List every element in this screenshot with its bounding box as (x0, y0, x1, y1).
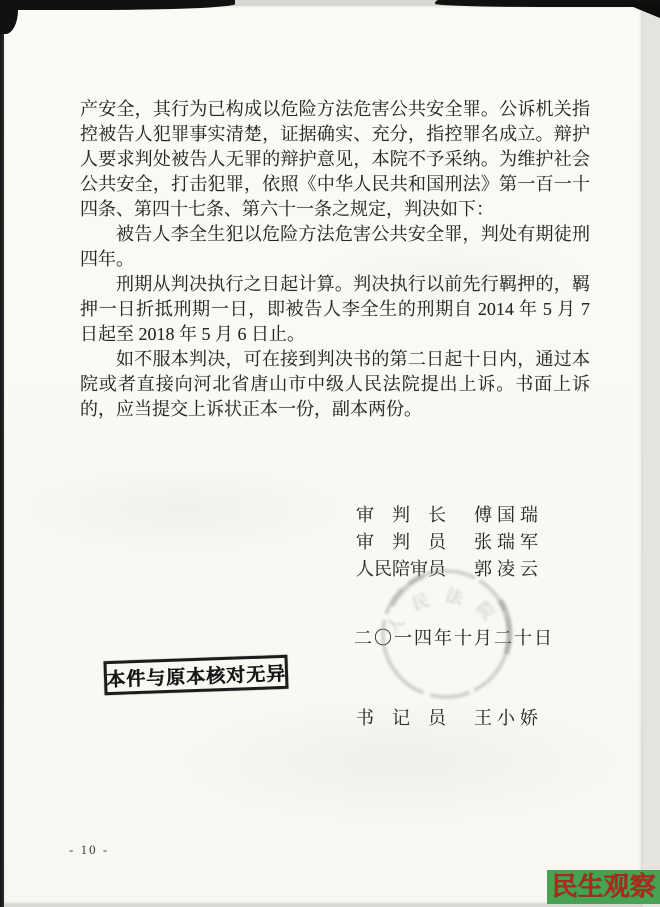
signature-name: 郭凌云 (474, 556, 543, 583)
clerk-role: 书 记 员 (356, 704, 449, 730)
signature-row-presiding-judge: 审 判 长傅国瑞 (356, 502, 543, 529)
watermark-text: 民生观察 (551, 874, 655, 900)
verification-stamp: 本件与原本核对无异 (103, 655, 288, 695)
signature-role: 审 判 长 (356, 502, 449, 529)
signature-name: 张瑞军 (474, 529, 543, 556)
signature-role: 人民陪审员 (356, 556, 449, 583)
paper-sheet: 产安全，其行为已构成以危险方法危害公共安全罪。公诉机关指控被告人犯罪事实清楚，证… (4, 6, 643, 904)
clerk-name: 王小娇 (474, 704, 543, 730)
judgment-date: 二〇一四年十月二十日 (354, 624, 554, 650)
scan-corner-top-right (626, 4, 660, 18)
clerk-signature-row: 书 记 员王小娇 (356, 704, 543, 730)
paragraph-appeal-rights: 如不服本判决，可在接到判决书的第二日起十日内，通过本院或者直接向河北省唐山市中级… (80, 347, 590, 422)
minsheng-guancha-watermark: 民生观察 (547, 870, 660, 904)
signature-row-peoples-assessor: 人民陪审员郭凌云 (356, 556, 543, 583)
paragraph-sentence-term: 刑期从判决执行之日起计算。判决执行以前先行羁押的，羁押一日折抵刑期一日，即被告人… (80, 272, 590, 347)
signature-name: 傅国瑞 (474, 502, 543, 529)
paragraph-continued: 产安全，其行为已构成以危险方法危害公共安全罪。公诉机关指控被告人犯罪事实清楚，证… (80, 97, 590, 222)
scanned-judgment-page: 产安全，其行为已构成以危险方法危害公共安全罪。公诉机关指控被告人犯罪事实清楚，证… (0, 0, 660, 907)
signature-row-judge: 审 判 员张瑞军 (356, 529, 543, 556)
signature-block: 审 判 长傅国瑞 审 判 员张瑞军 人民陪审员郭凌云 (356, 502, 543, 583)
signature-role: 审 判 员 (356, 529, 449, 556)
verification-stamp-text: 本件与原本核对无异 (106, 658, 287, 691)
paragraph-verdict: 被告人李全生犯以危险方法危害公共安全罪，判处有期徒刑四年。 (80, 222, 590, 272)
scanner-background-band (643, 0, 660, 907)
judgment-body-text: 产安全，其行为已构成以危险方法危害公共安全罪。公诉机关指控被告人犯罪事实清楚，证… (80, 97, 590, 422)
scan-edge-left (0, 0, 4, 907)
page-number: - 10 - (69, 842, 109, 858)
